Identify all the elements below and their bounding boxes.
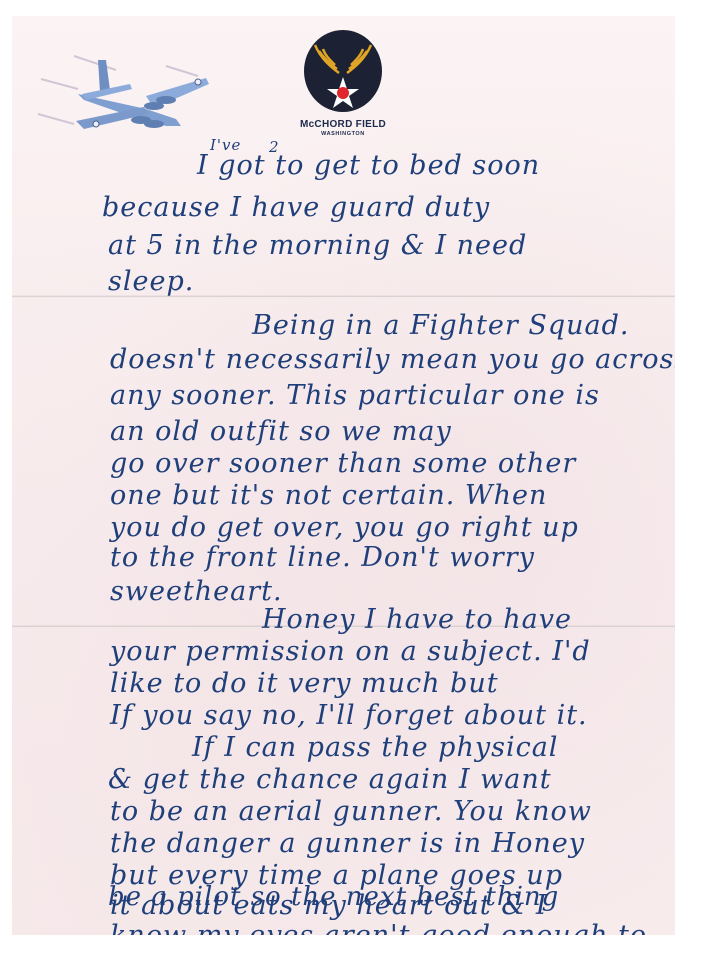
army-air-forces-wings-star-icon: [303, 29, 383, 119]
letter-line: one but it's not certain. When: [110, 480, 547, 511]
letter-line: any sooner. This particular one is: [110, 380, 600, 411]
letter-line: Being in a Fighter Squad.: [252, 310, 630, 341]
letter-line: an old outfit so we may: [110, 416, 452, 447]
letter-line: Honey I have to have: [262, 604, 572, 635]
letter-line: know my eyes aren't good enough to: [110, 920, 647, 935]
letter-line: you do get over, you go right up: [110, 512, 579, 543]
letter-line: If you say no, I'll forget about it.: [110, 700, 588, 731]
b17-bomber-plane-icon: [26, 34, 216, 134]
letter-line: to the front line. Don't worry: [110, 542, 535, 573]
letter-line: like to do it very much but: [110, 668, 499, 699]
letter-line: doesn't necessarily mean you go across: [110, 344, 675, 375]
letter-line: be a pilot so the next best thing: [108, 882, 559, 912]
letter-line: go over sooner than some other: [110, 448, 576, 479]
letter-line: at 5 in the morning & I need: [108, 230, 527, 261]
letter-line: the danger a gunner is in Honey: [110, 828, 585, 859]
letter-line: sleep.: [108, 266, 194, 297]
letter-line: because I have guard duty: [102, 192, 490, 223]
letterhead-subtitle: WASHINGTON: [263, 131, 423, 137]
letter-line: your permission on a subject. I'd: [110, 636, 591, 667]
letter-line: If I can pass the physical: [192, 732, 558, 763]
letter-line: I got to get to bed soon: [197, 150, 540, 181]
letterhead-title: McCHORD FIELD: [263, 119, 423, 130]
letter-line: & get the chance again I want: [108, 764, 552, 795]
letter-line: sweetheart.: [110, 576, 283, 607]
letter-line: to be an aerial gunner. You know: [110, 796, 592, 827]
letter-paper: McCHORD FIELD WASHINGTON I've 2 I got to…: [12, 16, 675, 935]
